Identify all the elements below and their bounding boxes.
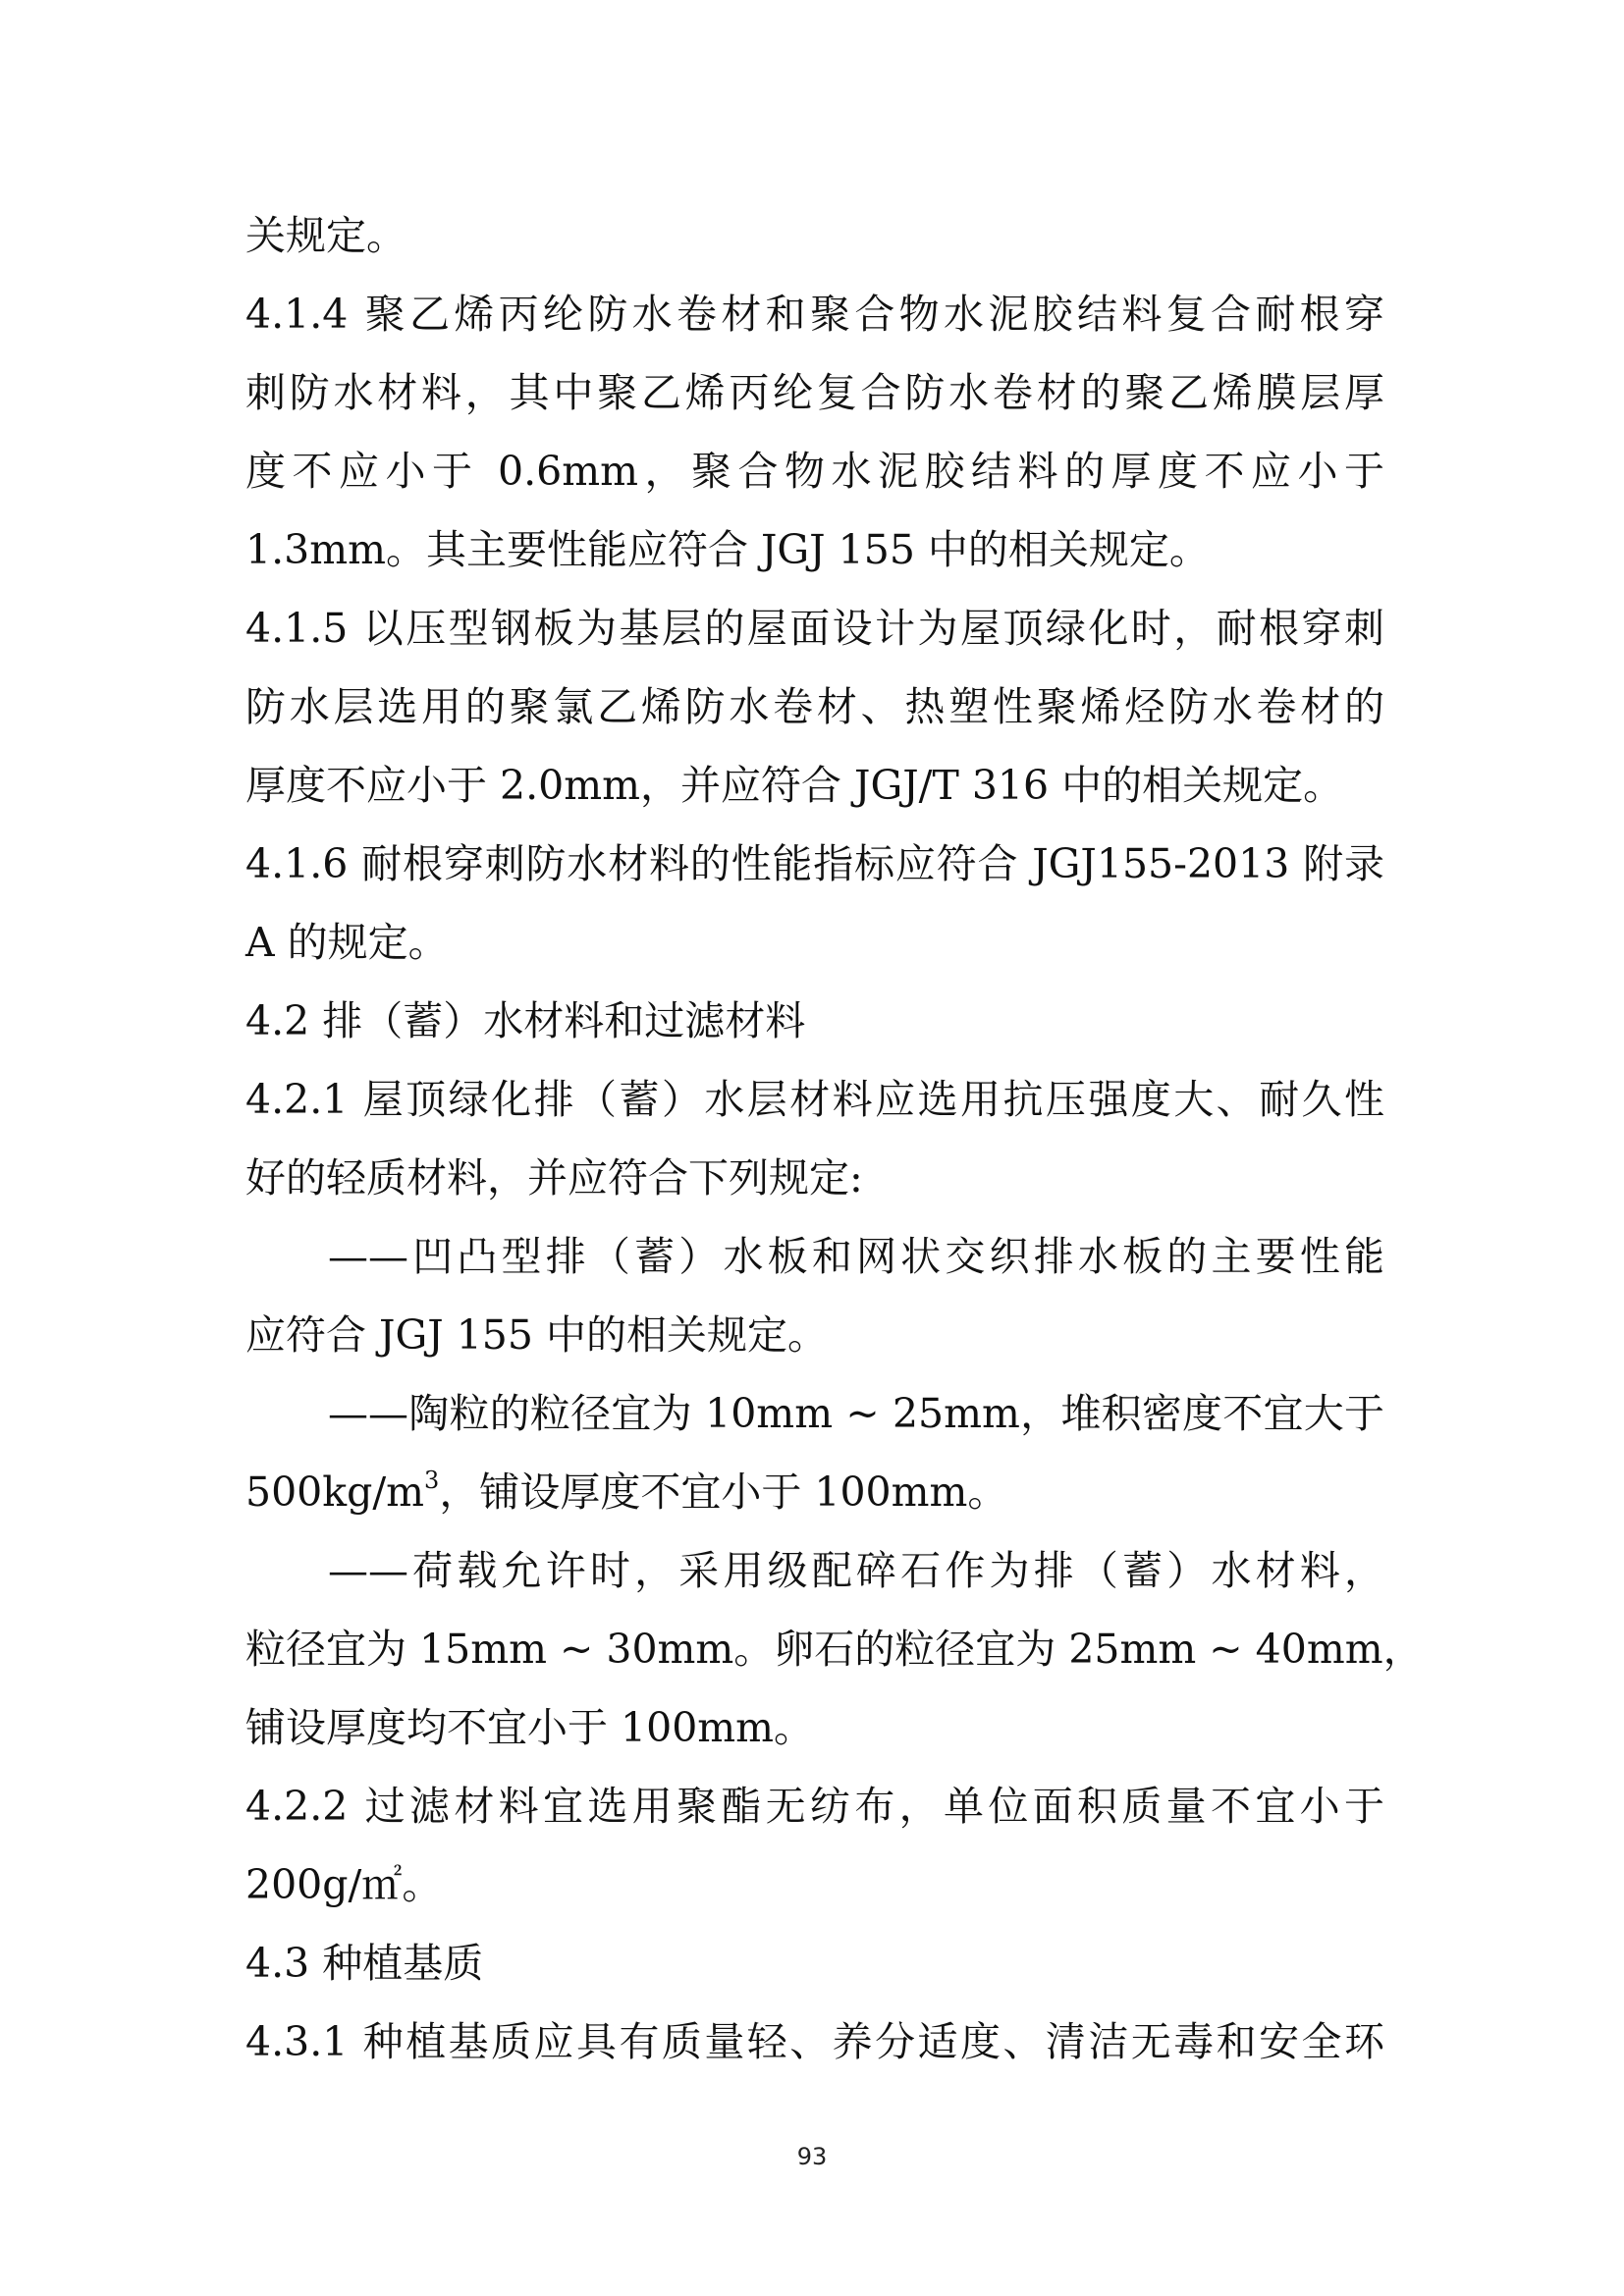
text-line: 刺防水材料，其中聚乙烯丙纶复合防水卷材的聚乙烯膜层厚 [245, 353, 1384, 432]
text-line: 度不应小于 0.6mm，聚合物水泥胶结料的厚度不应小于 [245, 432, 1384, 510]
text-line: 200g/㎡。 [245, 1845, 1384, 1924]
list-item-ceramsite: ——陶粒的粒径宜为 10mm ~ 25mm，堆积密度不宜大于 [245, 1374, 1384, 1453]
clause-4-3-1: 4.3.1 种植基质应具有质量轻、养分适度、清洁无毒和安全环 [245, 2002, 1384, 2081]
section-heading-4-2: 4.2 排（蓄）水材料和过滤材料 [245, 982, 1384, 1060]
document-page: 关规定。 4.1.4 聚乙烯丙纶防水卷材和聚合物水泥胶结料复合耐根穿 刺防水材料… [245, 196, 1384, 2081]
clause-4-1-6: 4.1.6 耐根穿刺防水材料的性能指标应符合 JGJ155-2013 附录 [245, 825, 1384, 903]
list-item-gravel: ——荷载允许时，采用级配碎石作为排（蓄）水材料， [245, 1531, 1384, 1610]
text-line: A 的规定。 [245, 903, 1384, 982]
text-line-with-superscript: 500kg/m3，铺设厚度不宜小于 100mm。 [245, 1453, 1384, 1531]
text-line: 关规定。 [245, 196, 1384, 275]
text-line: 厚度不应小于 2.0mm，并应符合 JGJ/T 316 中的相关规定。 [245, 746, 1384, 825]
section-heading-4-3: 4.3 种植基质 [245, 1924, 1384, 2002]
text-line: 粒径宜为 15mm ~ 30mm。卵石的粒径宜为 25mm ~ 40mm， [245, 1610, 1384, 1688]
text-fragment: ，铺设厚度不宜小于 100mm。 [439, 1468, 1007, 1516]
clause-4-2-2: 4.2.2 过滤材料宜选用聚酯无纺布，单位面积质量不宜小于 [245, 1767, 1384, 1845]
superscript: 3 [424, 1467, 439, 1494]
text-line: 铺设厚度均不宜小于 100mm。 [245, 1688, 1384, 1767]
density-value: 500kg/m [245, 1468, 424, 1516]
text-line: 应符合 JGJ 155 中的相关规定。 [245, 1296, 1384, 1374]
text-line: 防水层选用的聚氯乙烯防水卷材、热塑性聚烯烃防水卷材的 [245, 667, 1384, 746]
clause-4-1-5: 4.1.5 以压型钢板为基层的屋面设计为屋顶绿化时，耐根穿刺 [245, 589, 1384, 667]
list-item-drainage-board: ——凹凸型排（蓄）水板和网状交织排水板的主要性能 [245, 1217, 1384, 1296]
clause-4-2-1: 4.2.1 屋顶绿化排（蓄）水层材料应选用抗压强度大、耐久性 [245, 1060, 1384, 1139]
text-line: 1.3mm。其主要性能应符合 JGJ 155 中的相关规定。 [245, 510, 1384, 589]
text-line: 好的轻质材料，并应符合下列规定: [245, 1139, 1384, 1217]
clause-4-1-4: 4.1.4 聚乙烯丙纶防水卷材和聚合物水泥胶结料复合耐根穿 [245, 275, 1384, 353]
page-number: 93 [0, 2143, 1624, 2170]
